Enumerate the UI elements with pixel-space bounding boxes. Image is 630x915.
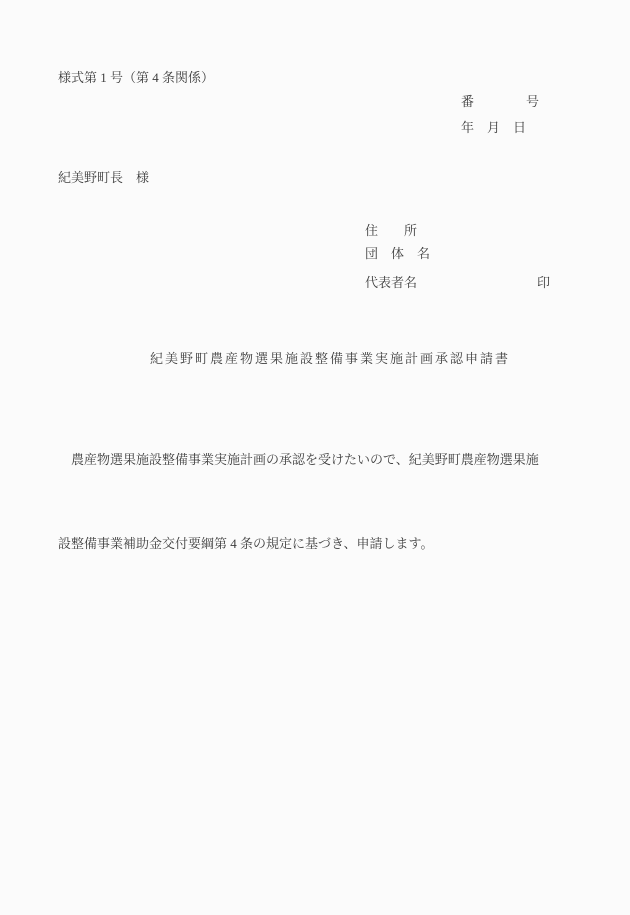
document-date-line: 年 月 日 (461, 119, 526, 137)
seal-label: 印 (537, 274, 550, 292)
signer-address-label: 住 所 (365, 222, 417, 240)
body-line-2: 設整備事業補助金交付要綱第 4 条の規定に基づき、申請します。 (58, 530, 558, 558)
body-line-1: 農産物選果施設整備事業実施計画の承認を受けたいので、紀美野町農産物選果施 (58, 446, 558, 474)
addressee-line: 紀美野町長 様 (58, 169, 149, 187)
document-page: 様式第 1 号（第 4 条関係） 番 号 年 月 日 紀美野町長 様 住 所 団… (0, 0, 630, 915)
document-title: 紀美野町農産物選果施設整備事業実施計画承認申請書 (150, 350, 510, 368)
signer-representative-label: 代表者名 (365, 274, 417, 292)
form-number-label: 様式第 1 号（第 4 条関係） (58, 69, 214, 87)
body-paragraph: 農産物選果施設整備事業実施計画の承認を受けたいので、紀美野町農産物選果施 設整備… (58, 390, 558, 614)
signer-organization-label: 団 体 名 (365, 245, 430, 263)
document-number-line: 番 号 (461, 93, 539, 111)
